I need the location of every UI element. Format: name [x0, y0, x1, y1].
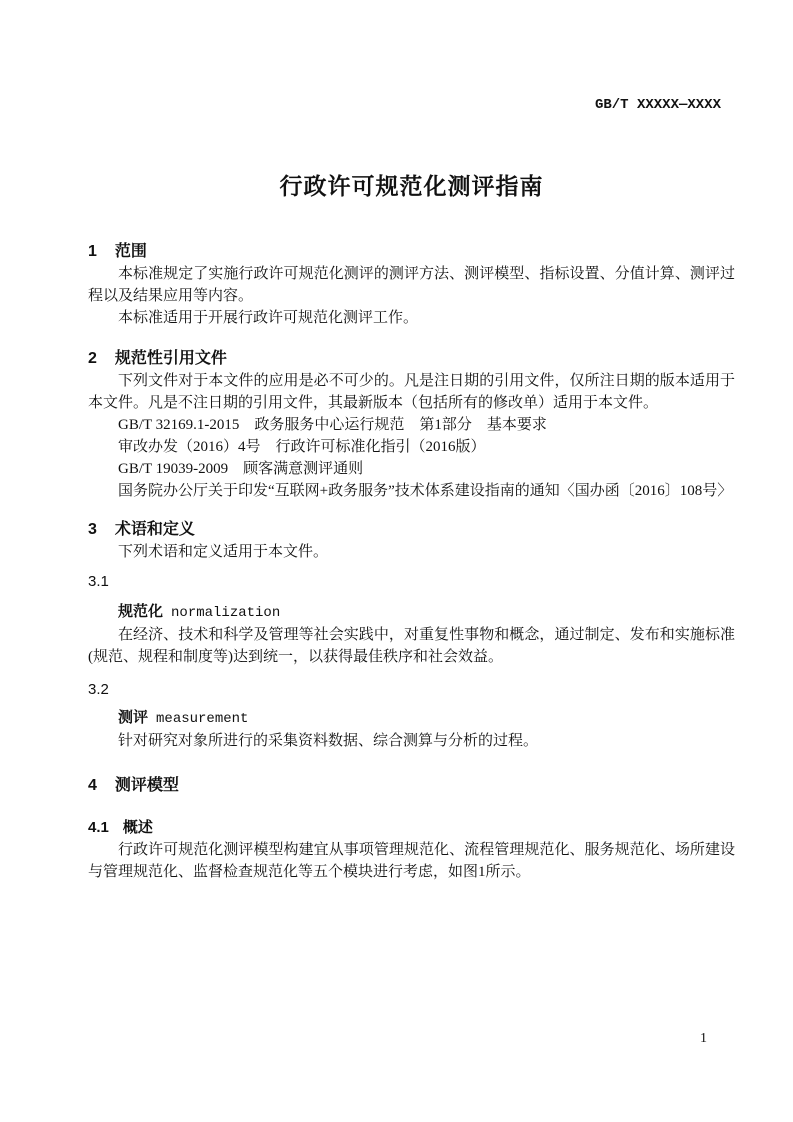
section-number: 4	[88, 777, 97, 794]
subsection-heading-4-1: 4.1概述	[88, 817, 735, 839]
paragraph: 下列文件对于本文件的应用是必不可少的。凡是注日期的引用文件，仅所注日期的版本适用…	[88, 370, 735, 414]
document-page: GB/T XXXXX—XXXX 行政许可规范化测评指南 1范围 本标准规定了实施…	[0, 0, 793, 1122]
term-entry: 规范化normalization	[88, 601, 735, 624]
reference-item: 国务院办公厅关于印发“互联网+政务服务”技术体系建设指南的通知〈国办函〔2016…	[88, 480, 735, 502]
section-number: 3	[88, 521, 97, 538]
term-number-3-1: 3.1	[88, 571, 735, 593]
section-heading-3: 3术语和定义	[88, 519, 735, 541]
section-number: 1	[88, 243, 97, 260]
page-content: 行政许可规范化测评指南 1范围 本标准规定了实施行政许可规范化测评的测评方法、测…	[0, 170, 793, 883]
reference-item: GB/T 19039-2009 顾客满意测评通则	[88, 458, 735, 480]
term-definition: 针对研究对象所进行的采集资料数据、综合测算与分析的过程。	[88, 730, 735, 752]
subsection-title: 概述	[123, 819, 153, 836]
section-title: 术语和定义	[115, 521, 195, 538]
section-heading-2: 2规范性引用文件	[88, 348, 735, 370]
paragraph: 下列术语和定义适用于本文件。	[88, 541, 735, 563]
document-title: 行政许可规范化测评指南	[88, 170, 735, 203]
term-entry: 测评measurement	[88, 707, 735, 730]
term-chinese: 规范化	[118, 603, 163, 620]
paragraph: 本标准适用于开展行政许可规范化测评工作。	[88, 307, 735, 329]
paragraph: 本标准规定了实施行政许可规范化测评的测评方法、测评模型、指标设置、分值计算、测评…	[88, 263, 735, 307]
section-number: 2	[88, 350, 97, 367]
standard-code: GB/T XXXXX—XXXX	[595, 94, 721, 116]
section-heading-4: 4测评模型	[88, 775, 735, 797]
term-number-3-2: 3.2	[88, 679, 735, 701]
term-english: measurement	[156, 711, 248, 727]
reference-item: GB/T 32169.1-2015 政务服务中心运行规范 第1部分 基本要求	[88, 414, 735, 436]
section-heading-1: 1范围	[88, 241, 735, 263]
term-definition: 在经济、技术和科学及管理等社会实践中，对重复性事物和概念，通过制定、发布和实施标…	[88, 624, 735, 668]
paragraph: 行政许可规范化测评模型构建宜从事项管理规范化、流程管理规范化、服务规范化、场所建…	[88, 839, 735, 883]
section-title: 范围	[115, 243, 147, 260]
reference-item: 审改办发（2016）4号 行政许可标准化指引（2016版）	[88, 436, 735, 458]
term-chinese: 测评	[118, 709, 148, 726]
term-english: normalization	[171, 605, 280, 621]
section-title: 测评模型	[115, 777, 179, 794]
section-title: 规范性引用文件	[115, 350, 227, 367]
subsection-number: 4.1	[88, 819, 109, 836]
page-number: 1	[700, 1028, 707, 1050]
